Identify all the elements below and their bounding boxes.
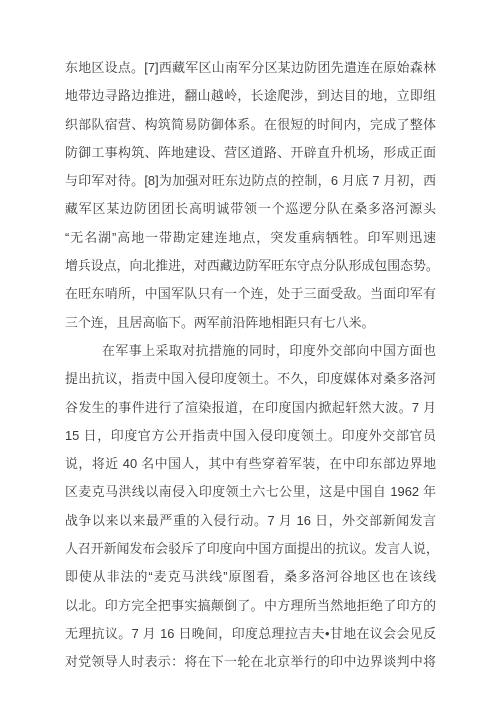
text-line: 东地区设点。[7]西藏军区山南军分区某边防团先遣连在原始森林 [65, 54, 436, 82]
text-line: 提出抗议，指责中国入侵印度领土。不久，印度媒体对桑多洛河 [65, 365, 436, 393]
text-line: 织部队宿营、构筑简易防御体系。在很短的时间内，完成了整体 [65, 111, 436, 139]
text-line: 与印军对待。[8]为加强对旺东边防点的控制，6 月底 7 月初，西 [65, 167, 436, 195]
text-line: 地带边寻路边推进，翻山越岭，长途爬涉，到达目的地，立即组 [65, 82, 436, 110]
text-line-paragraph-end: 三个连，且居高临下。两军前沿阵地相距只有七八米。 [65, 309, 436, 337]
text-line: 说，将近 40 名中国人，其中有些穿着军装，在中印东部边界地 [65, 450, 436, 478]
text-line: 即使从非法的“麦克马洪线”原图看，桑多洛河谷地区也在该线 [65, 563, 436, 591]
text-line: 在旺东哨所，中国军队只有一个连，处于三面受敌。当面印军有 [65, 280, 436, 308]
text-line: 增兵设点，向北推进，对西藏边防军旺东守点分队形成包围态势。 [65, 252, 436, 280]
text-line: 对党领导人时表示：将在下一轮在北京举行的印中边界谈判中将 [65, 648, 436, 676]
text-line: 防御工事构筑、阵地建设、营区道路、开辟直升机场，形成正面 [65, 139, 436, 167]
document-page: 东地区设点。[7]西藏军区山南军分区某边防团先遣连在原始森林 地带边寻路边推进，… [0, 0, 500, 707]
text-line: 15 日，印度官方公开指责中国入侵印度领土。印度外交部官员 [65, 422, 436, 450]
text-line: 以北。印方完全把事实搞颠倒了。中方理所当然地拒绝了印方的 [65, 592, 436, 620]
text-line: 谷发生的事件进行了渲染报道，在印度国内掀起轩然大波。7 月 [65, 394, 436, 422]
text-line: 无理抗议。7 月 16 日晚间，印度总理拉吉夫•甘地在议会会见反 [65, 620, 436, 648]
text-line-paragraph-start: 在军事上采取对抗措施的同时，印度外交部向中国方面也 [65, 337, 436, 365]
text-block: 东地区设点。[7]西藏军区山南军分区某边防团先遣连在原始森林 地带边寻路边推进，… [65, 54, 436, 677]
text-line: “无名湖”高地一带勘定建连地点，突发重病牺牲。印军则迅速 [65, 224, 436, 252]
text-line: 藏军区某边防团团长高明诚带领一个巡逻分队在桑多洛河源头 [65, 195, 436, 223]
text-line: 战争以来以来最严重的入侵行动。7 月 16 日，外交部新闻发言 [65, 507, 436, 535]
text-line: 区麦克马洪线以南侵入印度领土六七公里，这是中国自 1962 年 [65, 478, 436, 506]
text-line: 人召开新闻发布会驳斥了印度向中国方面提出的抗议。发言人说， [65, 535, 436, 563]
